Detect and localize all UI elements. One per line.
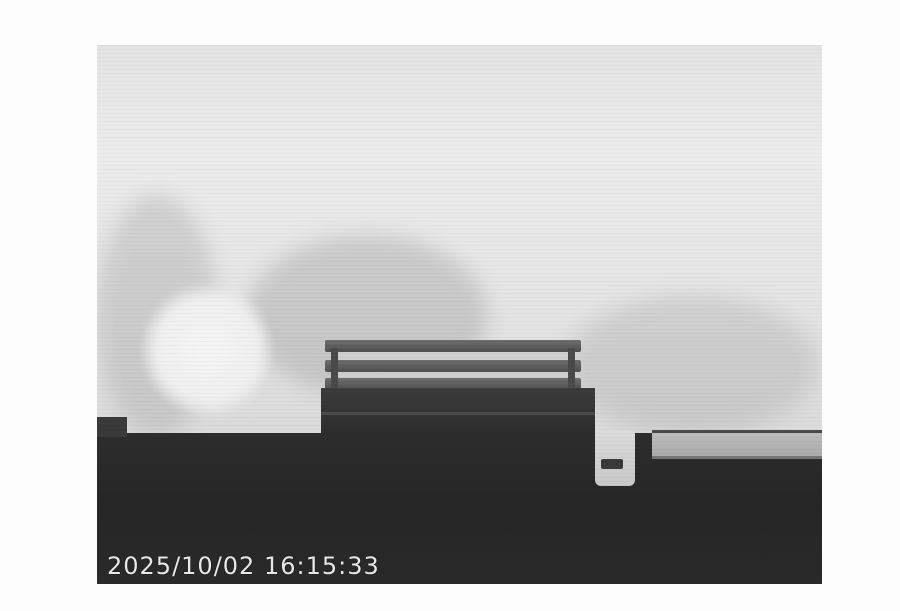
scanline-overlay bbox=[97, 45, 822, 584]
camera-frame: 2025/10/02 16:15:33 bbox=[97, 45, 822, 584]
timestamp-overlay: 2025/10/02 16:15:33 bbox=[107, 552, 380, 580]
